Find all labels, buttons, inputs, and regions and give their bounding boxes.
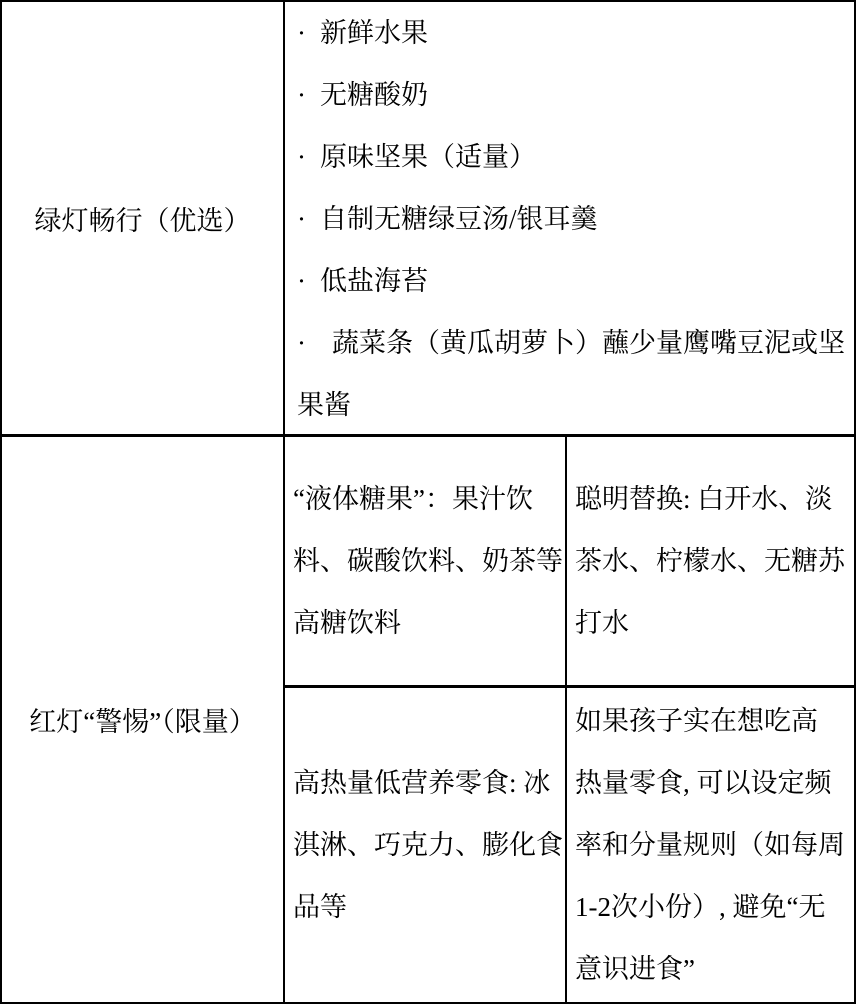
cell-text-line: 意识进食”	[575, 938, 852, 1000]
cell-text-line: 聪明替换: 白开水、淡	[575, 468, 852, 530]
cell-text-line: 茶水、柠檬水、无糖苏	[575, 530, 852, 592]
cell-text-line: 打水	[575, 592, 852, 654]
cell-text-line: 1-2次小份）, 避免“无	[575, 876, 852, 938]
bullet-icon: ·	[297, 312, 306, 374]
cell-text-line: 淇淋、巧克力、膨化食	[293, 814, 563, 876]
liquid-candy-cell: “液体糖果”：果汁饮 料、碳酸饮料、奶茶等 高糖饮料	[285, 437, 567, 688]
document-page: 绿灯畅行（优选） ·新鲜水果 ·无糖酸奶 ·原味坚果（适量） ·自制无糖绿豆汤/…	[0, 0, 856, 1004]
list-item-text: 蔬菜条（黄瓜胡萝卜）蘸少量鹰嘴豆泥或坚果酱	[297, 328, 845, 420]
green-light-items-cell: ·新鲜水果 ·无糖酸奶 ·原味坚果（适量） ·自制无糖绿豆汤/银耳羹 ·低盐海苔…	[285, 2, 854, 437]
bullet-icon: ·	[297, 64, 306, 126]
bullet-icon: ·	[297, 126, 306, 188]
cell-text-line: 品等	[293, 876, 563, 938]
cell-text-line: 热量零食, 可以设定频	[575, 752, 852, 814]
red-light-label: 红灯“警惕”（限量）	[29, 700, 255, 739]
cell-text-line: 率和分量规则（如每周	[575, 814, 852, 876]
list-item-text: 新鲜水果	[320, 18, 428, 48]
list-item: ·原味坚果（适量）	[297, 126, 848, 188]
bullet-icon: ·	[297, 188, 306, 250]
high-calorie-snacks-cell: 高热量低营养零食: 冰 淇淋、巧克力、膨化食 品等	[285, 688, 567, 1002]
cell-text-line: 高热量低营养零食: 冰	[293, 752, 563, 814]
list-item-text: 低盐海苔	[320, 266, 428, 296]
smart-swap-cell: 聪明替换: 白开水、淡 茶水、柠檬水、无糖苏 打水	[567, 437, 854, 688]
snack-traffic-light-table: 绿灯畅行（优选） ·新鲜水果 ·无糖酸奶 ·原味坚果（适量） ·自制无糖绿豆汤/…	[0, 0, 856, 1004]
cell-text-line: 高糖饮料	[293, 592, 563, 654]
list-item: ·蔬菜条（黄瓜胡萝卜）蘸少量鹰嘴豆泥或坚果酱	[297, 312, 848, 436]
bullet-icon: ·	[297, 250, 306, 312]
green-light-label: 绿灯畅行（优选）	[35, 199, 251, 238]
cell-text-line: 如果孩子实在想吃高	[575, 690, 852, 752]
list-item: ·自制无糖绿豆汤/银耳羹	[297, 188, 848, 250]
advice-cell: 如果孩子实在想吃高 热量零食, 可以设定频 率和分量规则（如每周 1-2次小份）…	[567, 688, 854, 1002]
green-light-label-cell: 绿灯畅行（优选）	[2, 2, 285, 437]
bullet-icon: ·	[297, 2, 306, 64]
list-item-text: 原味坚果（适量）	[320, 142, 536, 172]
cell-text-line: “液体糖果”：果汁饮	[293, 468, 563, 530]
list-item: ·无糖酸奶	[297, 64, 848, 126]
list-item: ·新鲜水果	[297, 2, 848, 64]
list-item-text: 自制无糖绿豆汤/银耳羹	[320, 204, 598, 234]
cell-text-line: 料、碳酸饮料、奶茶等	[293, 530, 563, 592]
list-item: ·低盐海苔	[297, 250, 848, 312]
red-light-label-cell: 红灯“警惕”（限量）	[2, 437, 285, 1002]
list-item-text: 无糖酸奶	[320, 80, 428, 110]
